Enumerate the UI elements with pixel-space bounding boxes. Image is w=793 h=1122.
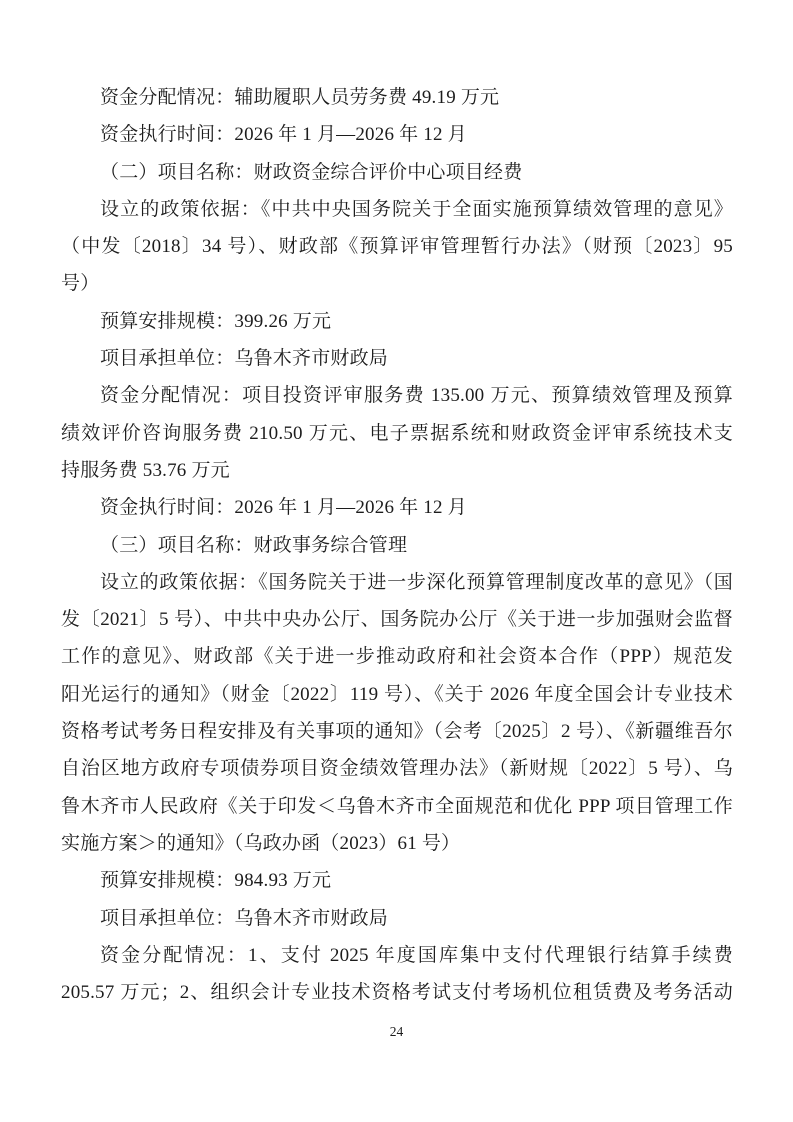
text-line: 资金执行时间：2026 年 1 月—2026 年 12 月 bbox=[61, 116, 733, 153]
text-line: 自治区地方政府专项债券项目资金绩效管理办法》（新财规〔2022〕5 号）、乌 bbox=[61, 750, 733, 787]
text-line: 发〔2021〕5 号）、中共中央办公厅、国务院办公厅《关于进一步加强财会监督 bbox=[61, 601, 733, 638]
text-line: 资金分配情况：辅助履职人员劳务费 49.19 万元 bbox=[61, 79, 733, 116]
text-line: （三）项目名称：财政事务综合管理 bbox=[61, 527, 733, 564]
text-line: 工作的意见》、财政部《关于进一步推动政府和社会资本合作（PPP）规范发展、 bbox=[61, 638, 733, 675]
text-line: 设立的政策依据：《国务院关于进一步深化预算管理制度改革的意见》（国 bbox=[61, 564, 733, 601]
text-line: （中发〔2018〕34 号）、财政部《预算评审管理暂行办法》（财预〔2023〕9… bbox=[61, 228, 733, 265]
text-line: 实施方案＞的通知》（乌政办函（2023）61 号） bbox=[61, 825, 733, 862]
text-line: （二）项目名称：财政资金综合评价中心项目经费 bbox=[61, 154, 733, 191]
text-line: 鲁木齐市人民政府《关于印发＜乌鲁木齐市全面规范和优化 PPP 项目管理工作 bbox=[61, 788, 733, 825]
text-line: 预算安排规模：984.93 万元 bbox=[61, 862, 733, 899]
text-line: 项目承担单位：乌鲁木齐市财政局 bbox=[61, 340, 733, 377]
text-line: 阳光运行的通知》（财金〔2022〕119 号）、《关于 2026 年度全国会计专… bbox=[61, 676, 733, 713]
text-line: 资金分配情况：项目投资评审服务费 135.00 万元、预算绩效管理及预算 bbox=[61, 377, 733, 414]
text-line: 设立的政策依据：《中共中央国务院关于全面实施预算绩效管理的意见》 bbox=[61, 191, 733, 228]
text-line: 号） bbox=[61, 265, 733, 302]
text-line: 资金分配情况：1、支付 2025 年度国库集中支付代理银行结算手续费 bbox=[61, 937, 733, 974]
page-number: 24 bbox=[0, 1022, 793, 1042]
document-text-block: 资金分配情况：辅助履职人员劳务费 49.19 万元 资金执行时间：2026 年 … bbox=[61, 79, 733, 1011]
text-line: 绩效评价咨询服务费 210.50 万元、电子票据系统和财政资金评审系统技术支 bbox=[61, 415, 733, 452]
text-line: 资金执行时间：2026 年 1 月—2026 年 12 月 bbox=[61, 489, 733, 526]
document-page: 资金分配情况：辅助履职人员劳务费 49.19 万元 资金执行时间：2026 年 … bbox=[0, 0, 793, 1122]
text-line: 项目承担单位：乌鲁木齐市财政局 bbox=[61, 900, 733, 937]
text-line: 持服务费 53.76 万元 bbox=[61, 452, 733, 489]
text-line: 205.57 万元；2、组织会计专业技术资格考试支付考场机位租赁费及考务活动 bbox=[61, 974, 733, 1011]
text-line: 资格考试考务日程安排及有关事项的通知》（会考〔2025〕2 号）、《新疆维吾尔 bbox=[61, 713, 733, 750]
text-line: 预算安排规模：399.26 万元 bbox=[61, 303, 733, 340]
